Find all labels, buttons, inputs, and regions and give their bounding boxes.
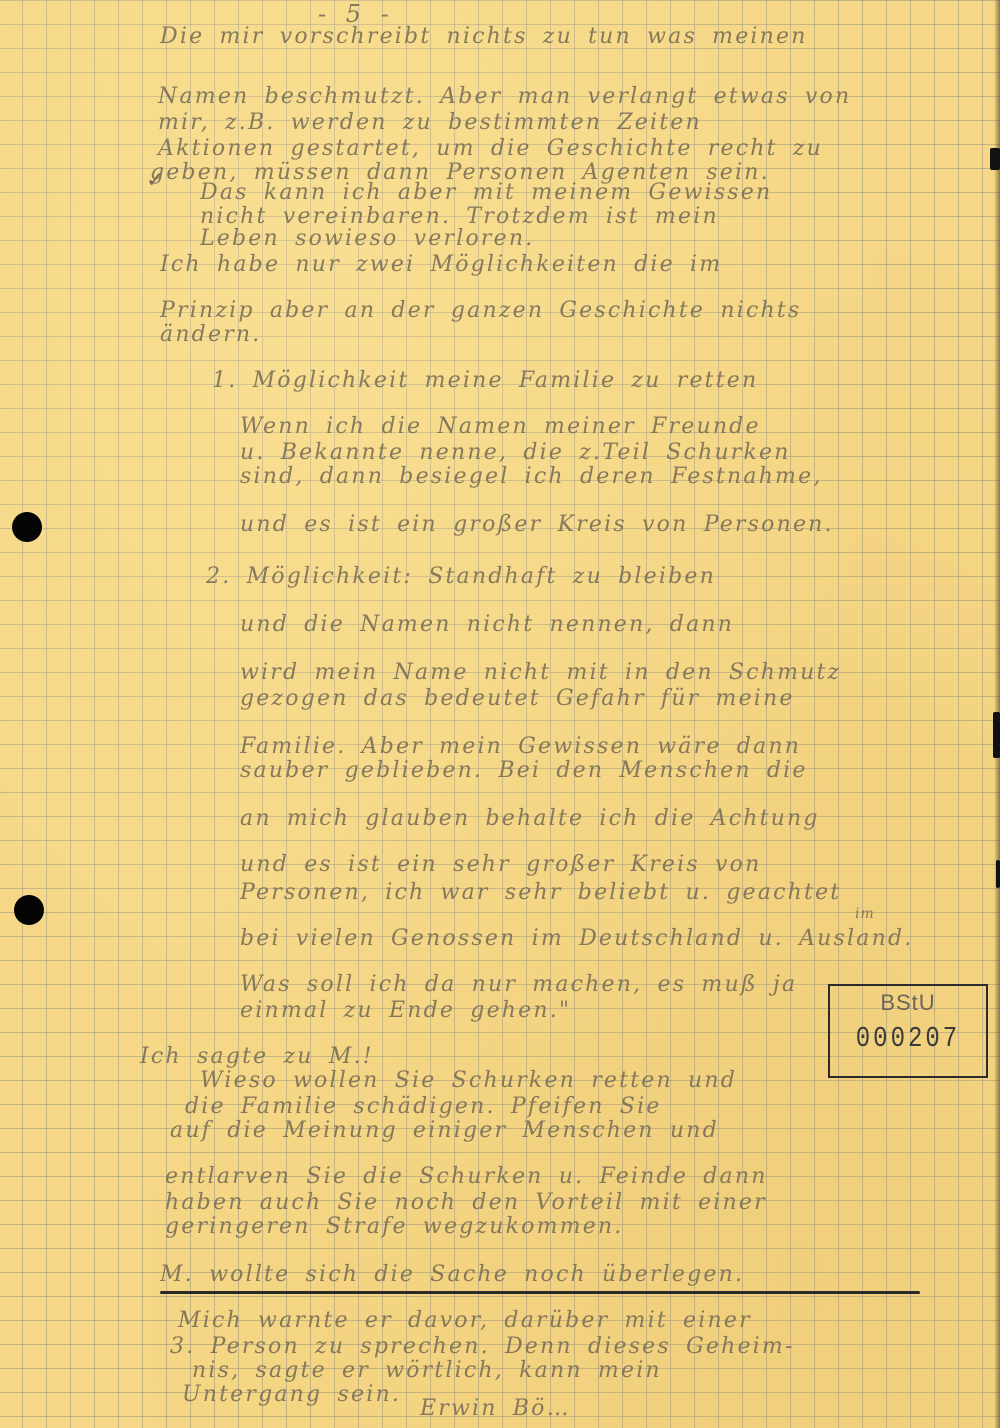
page-edge-tear — [993, 712, 1000, 758]
handwritten-line: geringeren Strafe wegzukommen. — [165, 1214, 624, 1239]
handwritten-line: entlarven Sie die Schurken u. Feinde dan… — [165, 1164, 768, 1189]
handwritten-line: 2. Möglichkeit: Standhaft zu bleiben — [206, 564, 716, 589]
page-edge-tear — [996, 860, 1000, 888]
signature: Erwin Bö… — [420, 1396, 571, 1421]
underline-rule — [160, 1291, 920, 1294]
handwritten-line: Ich habe nur zwei Möglichkeiten die im — [160, 252, 722, 277]
handwritten-line: gezogen das bedeutet Gefahr für meine — [240, 686, 795, 711]
handwritten-line: und die Namen nicht nennen, dann — [240, 612, 734, 637]
handwritten-line: sauber geblieben. Bei den Menschen die — [240, 758, 808, 783]
handwritten-line: sind, dann besiegel ich deren Festnahme, — [240, 464, 823, 489]
handwritten-line: haben auch Sie noch den Vorteil mit eine… — [165, 1190, 767, 1215]
handwritten-line: Ich sagte zu M.! — [140, 1044, 374, 1069]
handwritten-line: Was soll ich da nur machen, es muß ja — [240, 972, 797, 997]
handwritten-line: Familie. Aber mein Gewissen wäre dann — [240, 734, 801, 759]
stamp-label: BStU — [830, 990, 986, 1016]
handwritten-line: Aktionen gestartet, um die Geschichte re… — [158, 136, 823, 161]
handwritten-line: Personen, ich war sehr beliebt u. geacht… — [240, 880, 841, 905]
handwritten-line: bei vielen Genossen im Deutschland u. Au… — [240, 926, 913, 951]
handwritten-line: auf die Meinung einiger Menschen und — [170, 1118, 719, 1143]
archive-stamp: BStU 000207 — [828, 984, 988, 1078]
handwritten-line: einmal zu Ende gehen." — [240, 998, 571, 1023]
handwritten-line: Die mir vorschreibt nichts zu tun was me… — [160, 24, 808, 49]
handwritten-line: an mich glauben behalte ich die Achtung — [240, 806, 820, 831]
handwritten-line: Namen beschmutzt. Aber man verlangt etwa… — [158, 84, 851, 109]
handwritten-line: Mich warnte er davor, darüber mit einer — [178, 1308, 752, 1333]
handwritten-line: ändern. — [160, 322, 261, 347]
stamp-number: 000207 — [830, 1023, 986, 1055]
handwritten-line: Das kann ich aber mit meinem Gewissen — [200, 180, 772, 205]
handwritten-line: Untergang sein. — [182, 1382, 401, 1407]
handwritten-line: 3. Person zu sprechen. Denn dieses Gehei… — [170, 1334, 795, 1359]
handwritten-line: und es ist ein sehr großer Kreis von — [240, 852, 762, 877]
handwritten-line: u. Bekannte nenne, die z.Teil Schurken — [240, 440, 791, 465]
handwritten-line: die Familie schädigen. Pfeifen Sie — [185, 1094, 662, 1119]
handwritten-line: Wenn ich die Namen meiner Freunde — [240, 414, 761, 439]
handwritten-line: M. wollte sich die Sache noch überlegen. — [160, 1262, 744, 1287]
handwritten-line: wird mein Name nicht mit in den Schmutz — [240, 660, 841, 685]
handwritten-line: nis, sagte er wörtlich, kann mein — [192, 1358, 662, 1383]
notebook-page: - 5 - Die mir vorschreibt nichts zu tun … — [0, 0, 1000, 1428]
punch-hole-bottom — [14, 895, 44, 925]
interlinear-insert: im — [855, 906, 875, 922]
handwritten-line: Prinzip aber an der ganzen Geschichte ni… — [160, 298, 801, 323]
page-edge-tear — [990, 148, 1000, 170]
margin-check-mark: ✓ — [146, 168, 164, 193]
handwritten-line: Wieso wollen Sie Schurken retten und — [200, 1068, 737, 1093]
handwritten-line: 1. Möglichkeit meine Familie zu retten — [212, 368, 758, 393]
handwritten-line: und es ist ein großer Kreis von Personen… — [240, 512, 834, 537]
handwritten-line: mir, z.B. werden zu bestimmten Zeiten — [158, 110, 702, 135]
handwritten-line: Leben sowieso verloren. — [200, 226, 534, 251]
punch-hole-top — [12, 512, 42, 542]
